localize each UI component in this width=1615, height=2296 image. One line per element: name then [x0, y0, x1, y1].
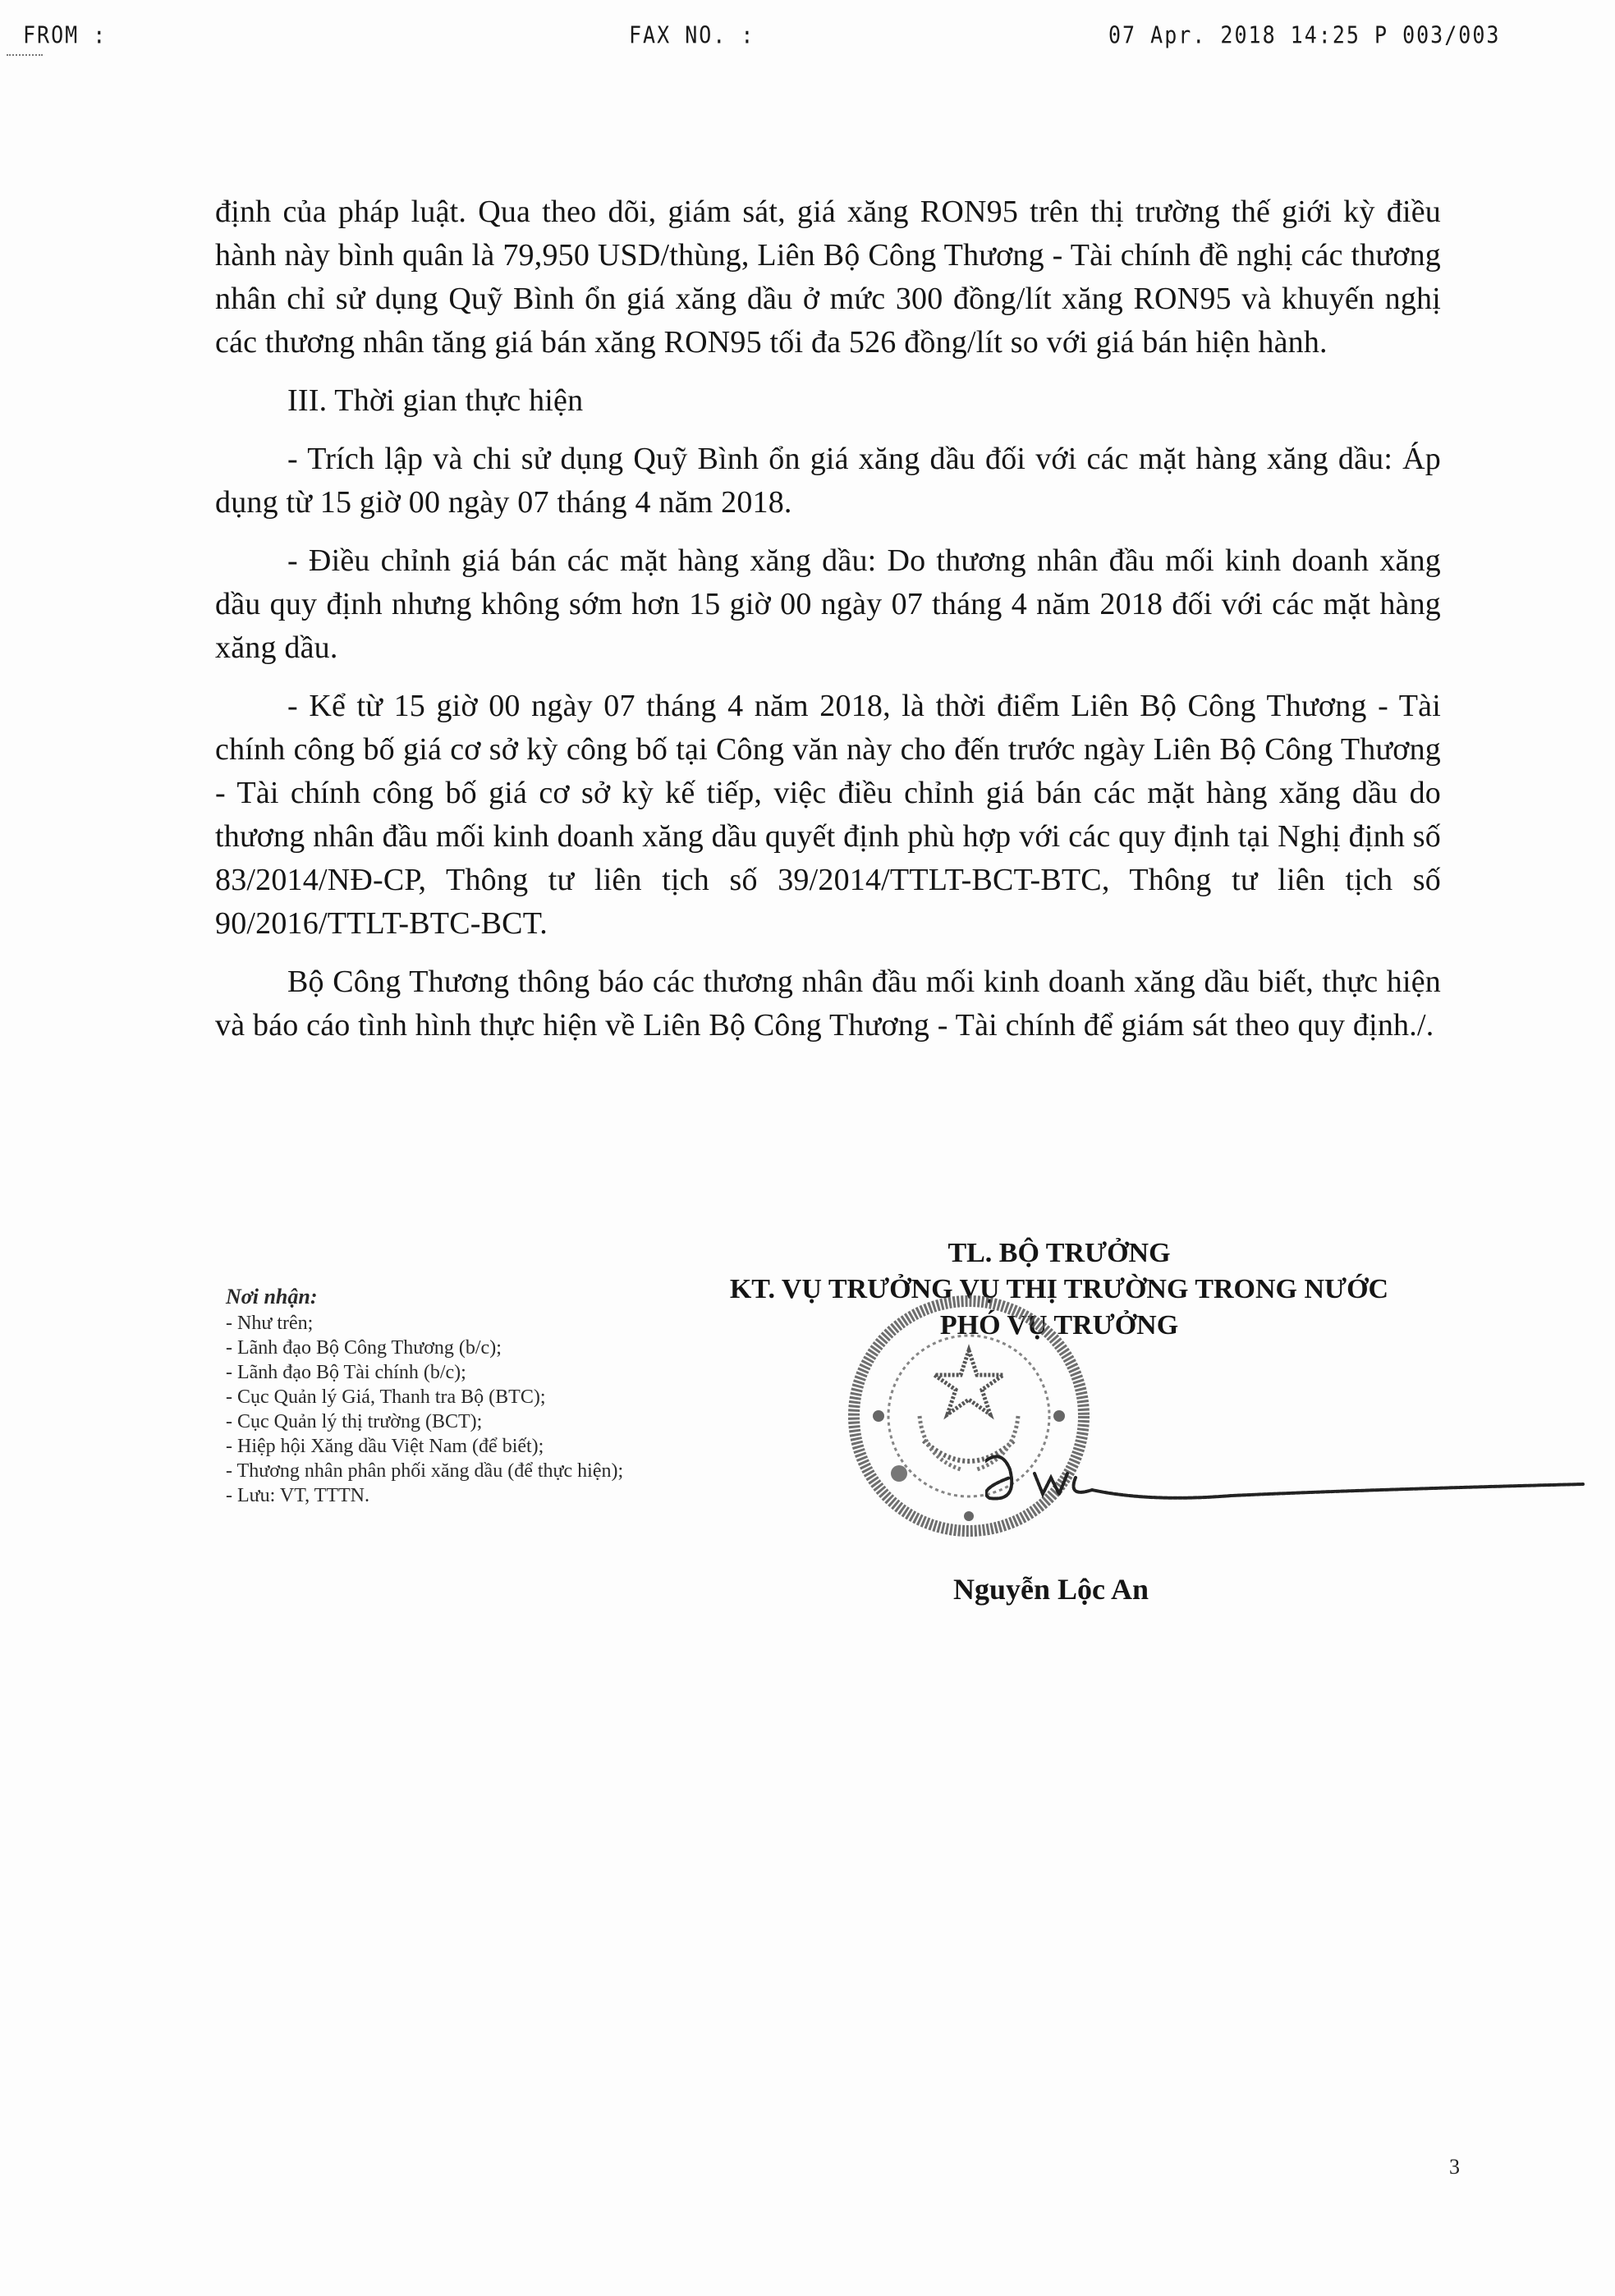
recipients-list: Nơi nhận: - Như trên; - Lãnh đạo Bộ Công…	[226, 1285, 661, 1508]
recipients-title: Nơi nhận:	[226, 1285, 661, 1309]
signer-name: Nguyễn Lộc An	[928, 1572, 1174, 1606]
body-paragraph-price-adjustment: - Điều chỉnh giá bán các mặt hàng xăng d…	[215, 539, 1441, 670]
fax-header: FROM : FAX NO. : 07 Apr. 2018 14:25 P 00…	[0, 18, 1615, 51]
fax-from-underline	[7, 54, 43, 56]
recipient-item: - Lưu: VT, TTTN.	[226, 1483, 661, 1508]
handwritten-signature-icon	[985, 1453, 1585, 1510]
section-heading-implementation-time: III. Thời gian thực hiện	[215, 379, 1441, 423]
fax-number-label: FAX NO. :	[629, 21, 755, 48]
body-paragraph-effective-period: - Kể từ 15 giờ 00 ngày 07 tháng 4 năm 20…	[215, 685, 1441, 946]
document-body: định của pháp luật. Qua theo dõi, giám s…	[215, 190, 1441, 1047]
recipient-item: - Hiệp hội Xăng dầu Việt Nam (để biết);	[226, 1434, 661, 1459]
fax-from-label: FROM :	[23, 21, 107, 48]
body-paragraph-notice: Bộ Công Thương thông báo các thương nhân…	[215, 960, 1441, 1047]
recipient-item: - Lãnh đạo Bộ Tài chính (b/c);	[226, 1360, 661, 1385]
body-paragraph-continuation: định của pháp luật. Qua theo dõi, giám s…	[215, 190, 1441, 364]
body-paragraph-fund-usage: - Trích lập và chi sử dụng Quỹ Bình ổn g…	[215, 438, 1441, 525]
recipient-item: - Thương nhân phân phối xăng dầu (để thự…	[226, 1459, 661, 1483]
recipient-item: - Lãnh đạo Bộ Công Thương (b/c);	[226, 1336, 661, 1360]
fax-transmission-stamp: 07 Apr. 2018 14:25 P 003/003	[1108, 21, 1500, 48]
page-number: 3	[1449, 2155, 1460, 2179]
signature-title-minister: TL. BỘ TRƯỞNG	[649, 1235, 1470, 1272]
recipient-item: - Cục Quản lý thị trường (BCT);	[226, 1409, 661, 1434]
recipient-item: - Như trên;	[226, 1311, 661, 1336]
recipient-item: - Cục Quản lý Giá, Thanh tra Bộ (BTC);	[226, 1385, 661, 1409]
